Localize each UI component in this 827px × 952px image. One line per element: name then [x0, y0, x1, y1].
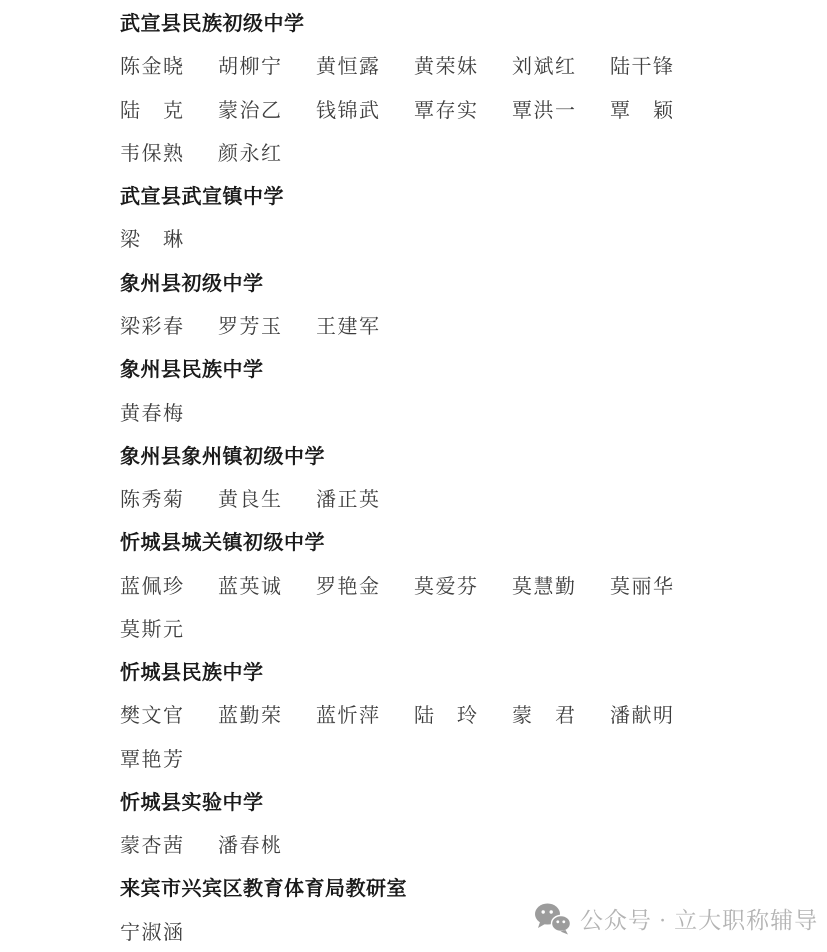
teacher-name: 黄良生 [218, 483, 284, 512]
school-section-heading: 象州县初级中学 [120, 260, 827, 303]
name-row: 韦保熟 颜永红 [120, 130, 827, 173]
teacher-name: 蒙 君 [512, 699, 578, 728]
name-row: 黄春梅 [120, 389, 827, 432]
teacher-name: 莫爱芬 [414, 570, 480, 599]
teacher-name: 潘春桃 [218, 829, 284, 858]
teacher-name: 罗艳金 [316, 570, 382, 599]
teacher-name: 蒙杏茜 [120, 829, 186, 858]
teacher-name: 覃洪一 [512, 94, 578, 123]
teacher-name: 莫慧勤 [512, 570, 578, 599]
school-name-list: 武宣县民族初级中学 陈金晓 胡柳宁 黄恒露 黄荣妹 刘斌红 陆干锋 陆 克 蒙治… [120, 0, 827, 952]
teacher-name: 梁 琳 [120, 223, 186, 252]
teacher-name: 罗芳玉 [218, 310, 284, 339]
watermark: 公众号 · 立大职称辅导 [534, 898, 818, 938]
teacher-name: 蓝英诚 [218, 570, 284, 599]
teacher-name: 覃艳芳 [120, 743, 186, 772]
name-row: 覃艳芳 [120, 736, 827, 779]
school-section-heading: 忻城县城关镇初级中学 [120, 519, 827, 562]
teacher-name: 黄春梅 [120, 397, 186, 426]
teacher-name: 韦保熟 [120, 137, 186, 166]
teacher-name: 蓝忻萍 [316, 699, 382, 728]
teacher-name: 陆 玲 [414, 699, 480, 728]
school-section-heading: 象州县象州镇初级中学 [120, 433, 827, 476]
school-name: 忻城县实验中学 [120, 786, 264, 815]
teacher-name: 覃 颖 [610, 94, 676, 123]
document-page: 武宣县民族初级中学 陈金晓 胡柳宁 黄恒露 黄荣妹 刘斌红 陆干锋 陆 克 蒙治… [0, 0, 827, 952]
teacher-name: 王建军 [316, 310, 382, 339]
name-row: 蓝佩珍 蓝英诚 罗艳金 莫爱芬 莫慧勤 莫丽华 [120, 562, 827, 605]
school-name: 武宣县民族初级中学 [120, 7, 305, 36]
teacher-name: 陆干锋 [610, 50, 676, 79]
teacher-name: 胡柳宁 [218, 50, 284, 79]
watermark-text: 公众号 · 立大职称辅导 [580, 902, 818, 935]
wechat-icon [534, 902, 571, 935]
school-section-heading: 武宣县民族初级中学 [120, 0, 827, 43]
teacher-name: 陆 克 [120, 94, 186, 123]
name-row: 陆 克 蒙治乙 钱锦武 覃存实 覃洪一 覃 颖 [120, 87, 827, 130]
teacher-name: 蓝佩珍 [120, 570, 186, 599]
teacher-name: 陈金晓 [120, 50, 186, 79]
school-name: 象州县初级中学 [120, 267, 264, 296]
teacher-name: 陈秀菊 [120, 483, 186, 512]
teacher-name: 刘斌红 [512, 50, 578, 79]
school-name: 武宣县武宣镇中学 [120, 180, 284, 209]
teacher-name: 梁彩春 [120, 310, 186, 339]
teacher-name: 钱锦武 [316, 94, 382, 123]
teacher-name: 潘献明 [610, 699, 676, 728]
teacher-name: 樊文官 [120, 699, 186, 728]
teacher-name: 莫斯元 [120, 613, 186, 642]
school-section-heading: 忻城县民族中学 [120, 649, 827, 692]
name-row: 陈秀菊 黄良生 潘正英 [120, 476, 827, 519]
school-name: 忻城县城关镇初级中学 [120, 526, 325, 555]
name-row: 樊文官 蓝勤荣 蓝忻萍 陆 玲 蒙 君 潘献明 [120, 692, 827, 735]
name-row: 梁彩春 罗芳玉 王建军 [120, 303, 827, 346]
teacher-name: 宁淑涵 [120, 916, 186, 945]
school-name: 来宾市兴宾区教育体育局教研室 [120, 872, 407, 901]
teacher-name: 蒙治乙 [218, 94, 284, 123]
teacher-name: 蓝勤荣 [218, 699, 284, 728]
school-section-heading: 武宣县武宣镇中学 [120, 173, 827, 216]
name-row: 陈金晓 胡柳宁 黄恒露 黄荣妹 刘斌红 陆干锋 [120, 43, 827, 86]
name-row: 蒙杏茜 潘春桃 [120, 822, 827, 865]
teacher-name: 颜永红 [218, 137, 284, 166]
teacher-name: 覃存实 [414, 94, 480, 123]
name-row: 莫斯元 [120, 606, 827, 649]
school-name: 象州县民族中学 [120, 353, 264, 382]
school-name: 忻城县民族中学 [120, 656, 264, 685]
teacher-name: 黄恒露 [316, 50, 382, 79]
teacher-name: 黄荣妹 [414, 50, 480, 79]
teacher-name: 莫丽华 [610, 570, 676, 599]
teacher-name: 潘正英 [316, 483, 382, 512]
name-row: 梁 琳 [120, 216, 827, 259]
school-name: 象州县象州镇初级中学 [120, 440, 325, 469]
school-section-heading: 忻城县实验中学 [120, 779, 827, 822]
school-section-heading: 象州县民族中学 [120, 346, 827, 389]
